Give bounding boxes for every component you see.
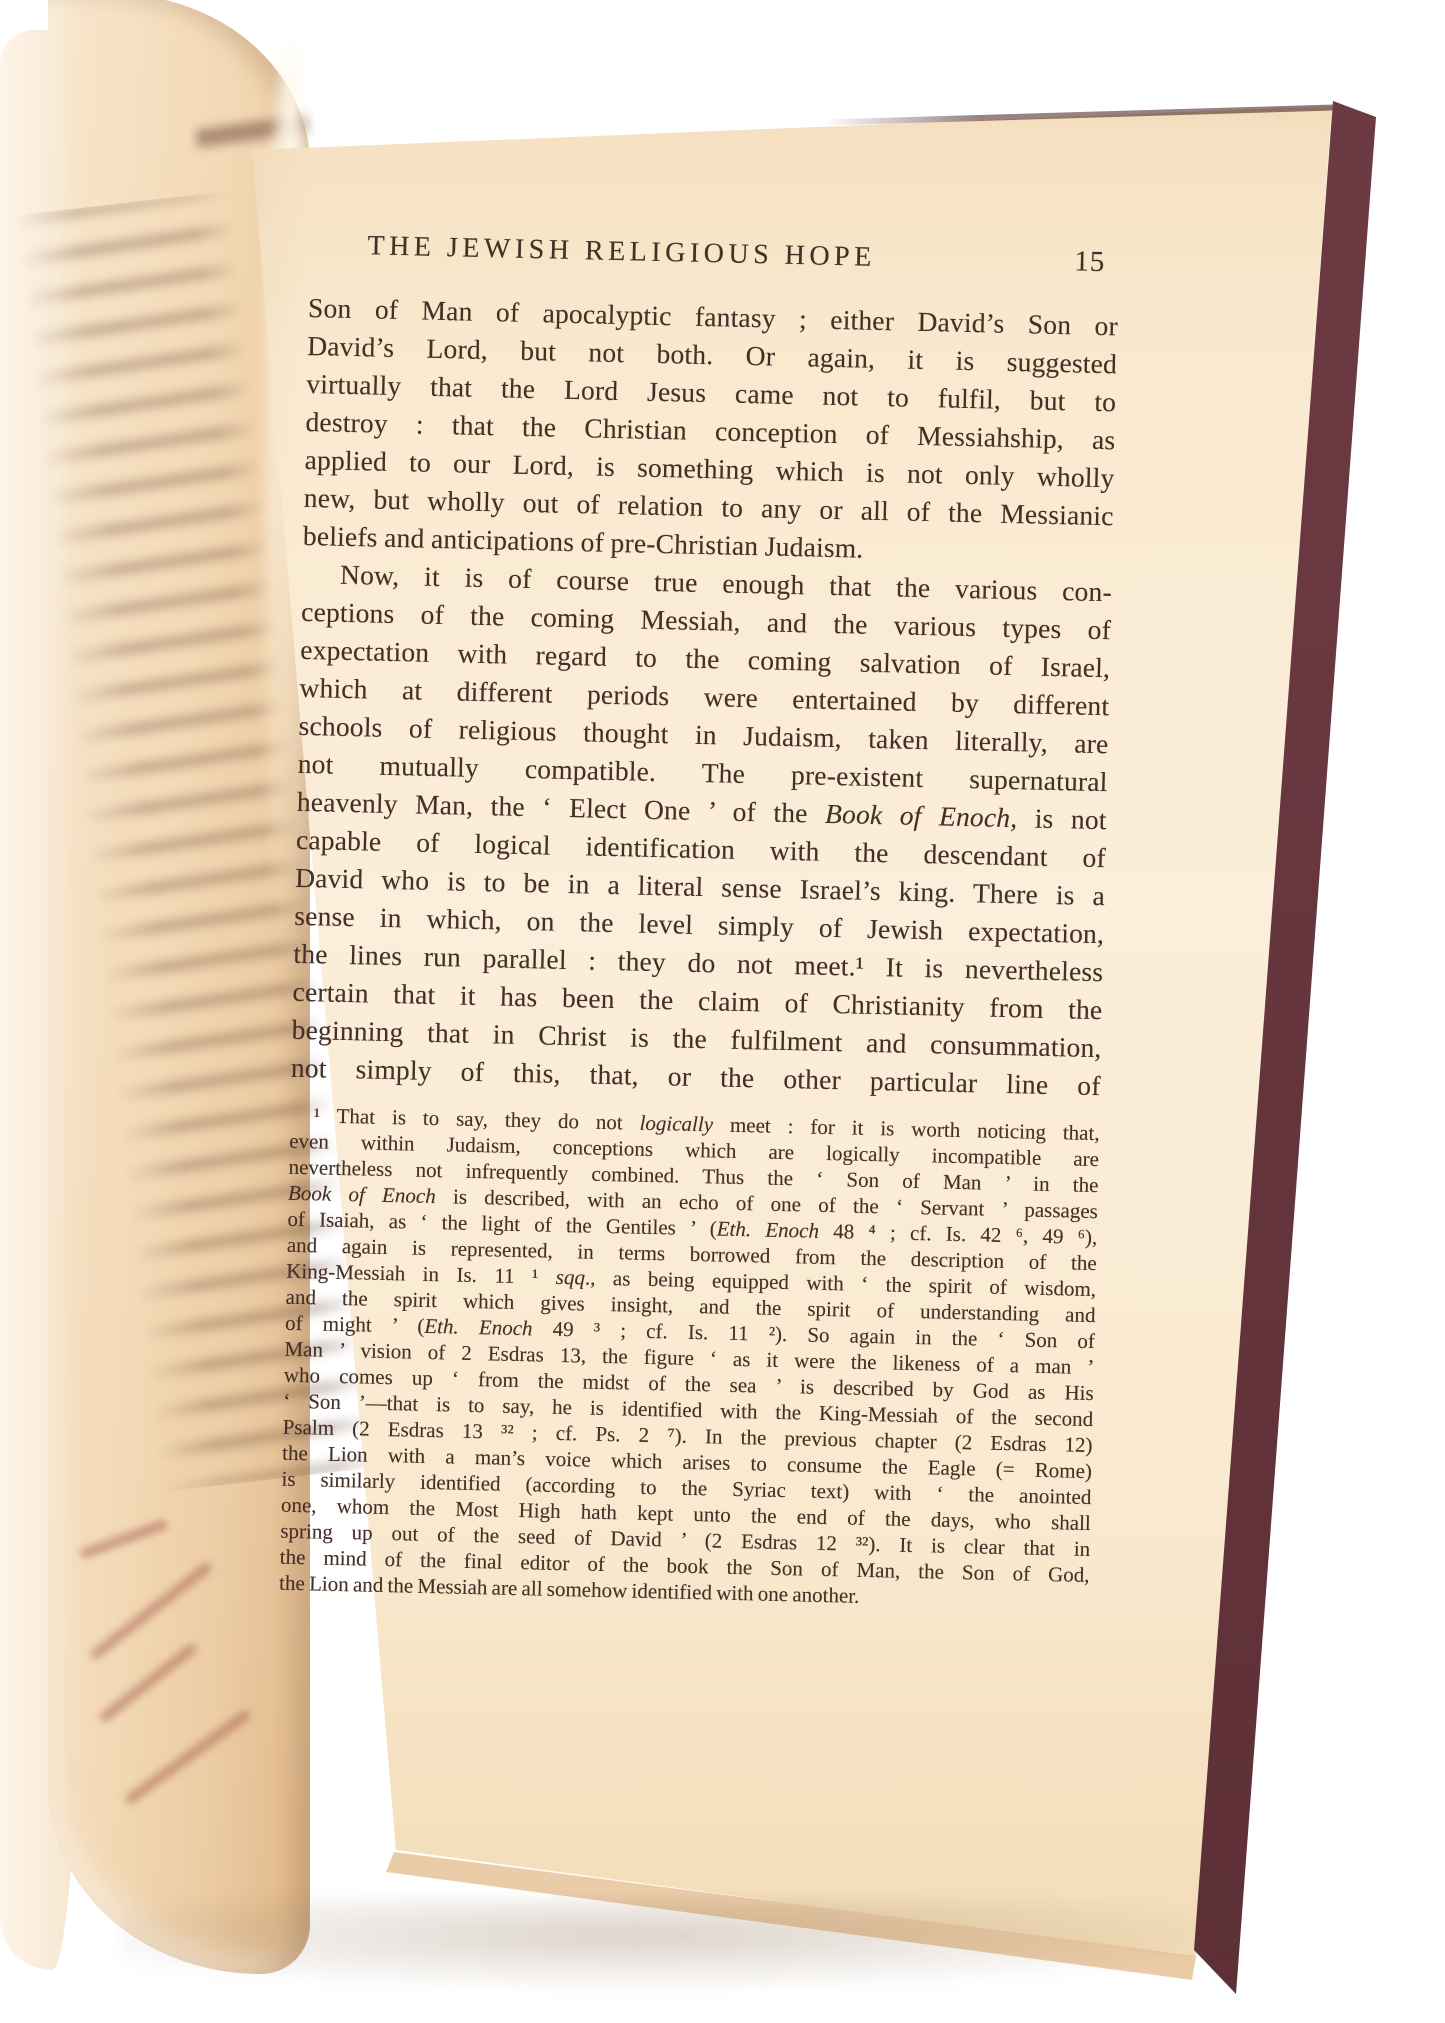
paragraph-continued: Son of Man of apocalyptic fantasy ; eith… [303,289,1119,573]
book-photo: THE JEWISH RELIGIOUS HOPE 15 Son of Man … [0,0,1445,2023]
paragraph: Now, it is of course true enough that th… [290,555,1112,1105]
page-number: 15 [1074,243,1106,280]
blurred-footnote-mark [79,1519,169,1560]
page-content: THE JEWISH RELIGIOUS HOPE 15 Son of Man … [279,226,1120,1614]
blurred-footnote-mark [124,1708,253,1805]
footnote: ¹ That is to say, they do not logically … [279,1102,1100,1614]
blurred-header-line [195,114,308,147]
book-shadow [120,1898,1270,1993]
blurred-footnote-mark [98,1642,199,1724]
